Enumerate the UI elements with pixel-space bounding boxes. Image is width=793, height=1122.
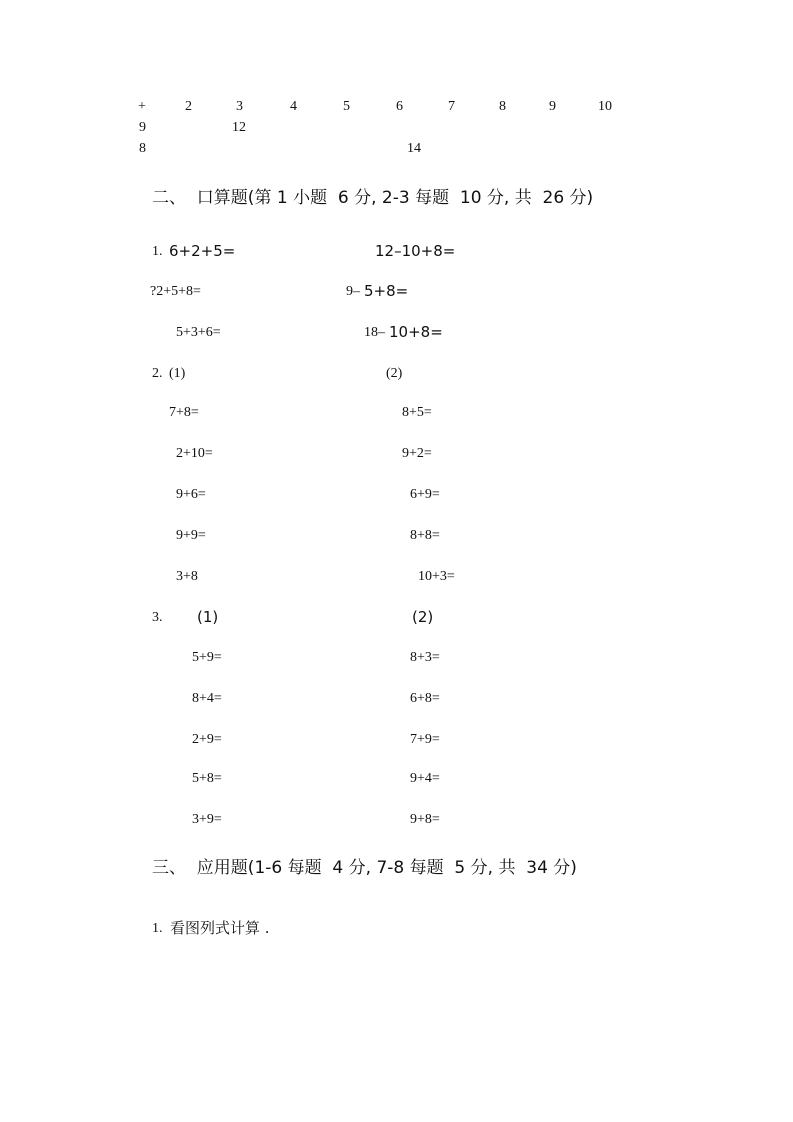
table-header-cell: 7 <box>448 100 455 114</box>
expression: 3+9= <box>192 813 222 827</box>
expression: 10+8= <box>389 325 443 340</box>
table-row-label: 8 <box>139 142 146 156</box>
question-number: 1. <box>152 922 163 936</box>
expression: 5+3+6= <box>176 326 221 340</box>
expression: ?2+5+8= <box>150 285 201 299</box>
expression: 7+8= <box>169 406 199 420</box>
expression: 8+3= <box>410 651 440 665</box>
table-header-cell: 9 <box>549 100 556 114</box>
table-row-label: 9 <box>139 121 146 135</box>
expression: 9+9= <box>176 529 206 543</box>
part-label: (1) <box>169 367 185 381</box>
expression: 9+2= <box>402 447 432 461</box>
expression: 8+8= <box>410 529 440 543</box>
section2-heading: 二、 口算题(第 1 小题 6 分, 2-3 每题 10 分, 共 26 分) <box>152 190 593 207</box>
part-label: (2) <box>386 367 402 381</box>
expression: 8+5= <box>402 406 432 420</box>
expression: 5+9= <box>192 651 222 665</box>
table-header-cell: 8 <box>499 100 506 114</box>
question-number: 1. <box>152 245 163 259</box>
table-header-cell: 10 <box>598 100 612 114</box>
section3-heading: 三、 应用题(1-6 每题 4 分, 7-8 每题 5 分, 共 34 分) <box>152 860 577 877</box>
expression: 7+9= <box>410 733 440 747</box>
expression: 6+9= <box>410 488 440 502</box>
table-header-cell: 5 <box>343 100 350 114</box>
expression: 10+3= <box>418 570 455 584</box>
expression: 5+8= <box>364 284 408 299</box>
table-header-plus: + <box>138 100 146 114</box>
expression: 5+8= <box>192 772 222 786</box>
expression: 9+4= <box>410 772 440 786</box>
table-header-cell: 3 <box>236 100 243 114</box>
expression: 9+8= <box>410 813 440 827</box>
expression: 2+9= <box>192 733 222 747</box>
part-label: (1) <box>197 610 218 625</box>
table-header-cell: 4 <box>290 100 297 114</box>
table-header-cell: 2 <box>185 100 192 114</box>
expression: 12–10+8= <box>375 244 455 259</box>
question-text: 看图列式计算 . <box>170 921 270 936</box>
expression: 9+6= <box>176 488 206 502</box>
expression: 8+4= <box>192 692 222 706</box>
question-number: 3. <box>152 611 163 625</box>
table-cell: 12 <box>232 121 246 135</box>
expression-prefix: 9– <box>346 285 360 299</box>
table-header-cell: 6 <box>396 100 403 114</box>
expression: 6+8= <box>410 692 440 706</box>
table-cell: 14 <box>407 142 421 156</box>
expression: 3+8 <box>176 570 198 584</box>
part-label: (2) <box>412 610 433 625</box>
expression-prefix: 18– <box>364 326 385 340</box>
question-number: 2. <box>152 367 163 381</box>
expression: 2+10= <box>176 447 213 461</box>
expression: 6+2+5= <box>169 244 235 259</box>
